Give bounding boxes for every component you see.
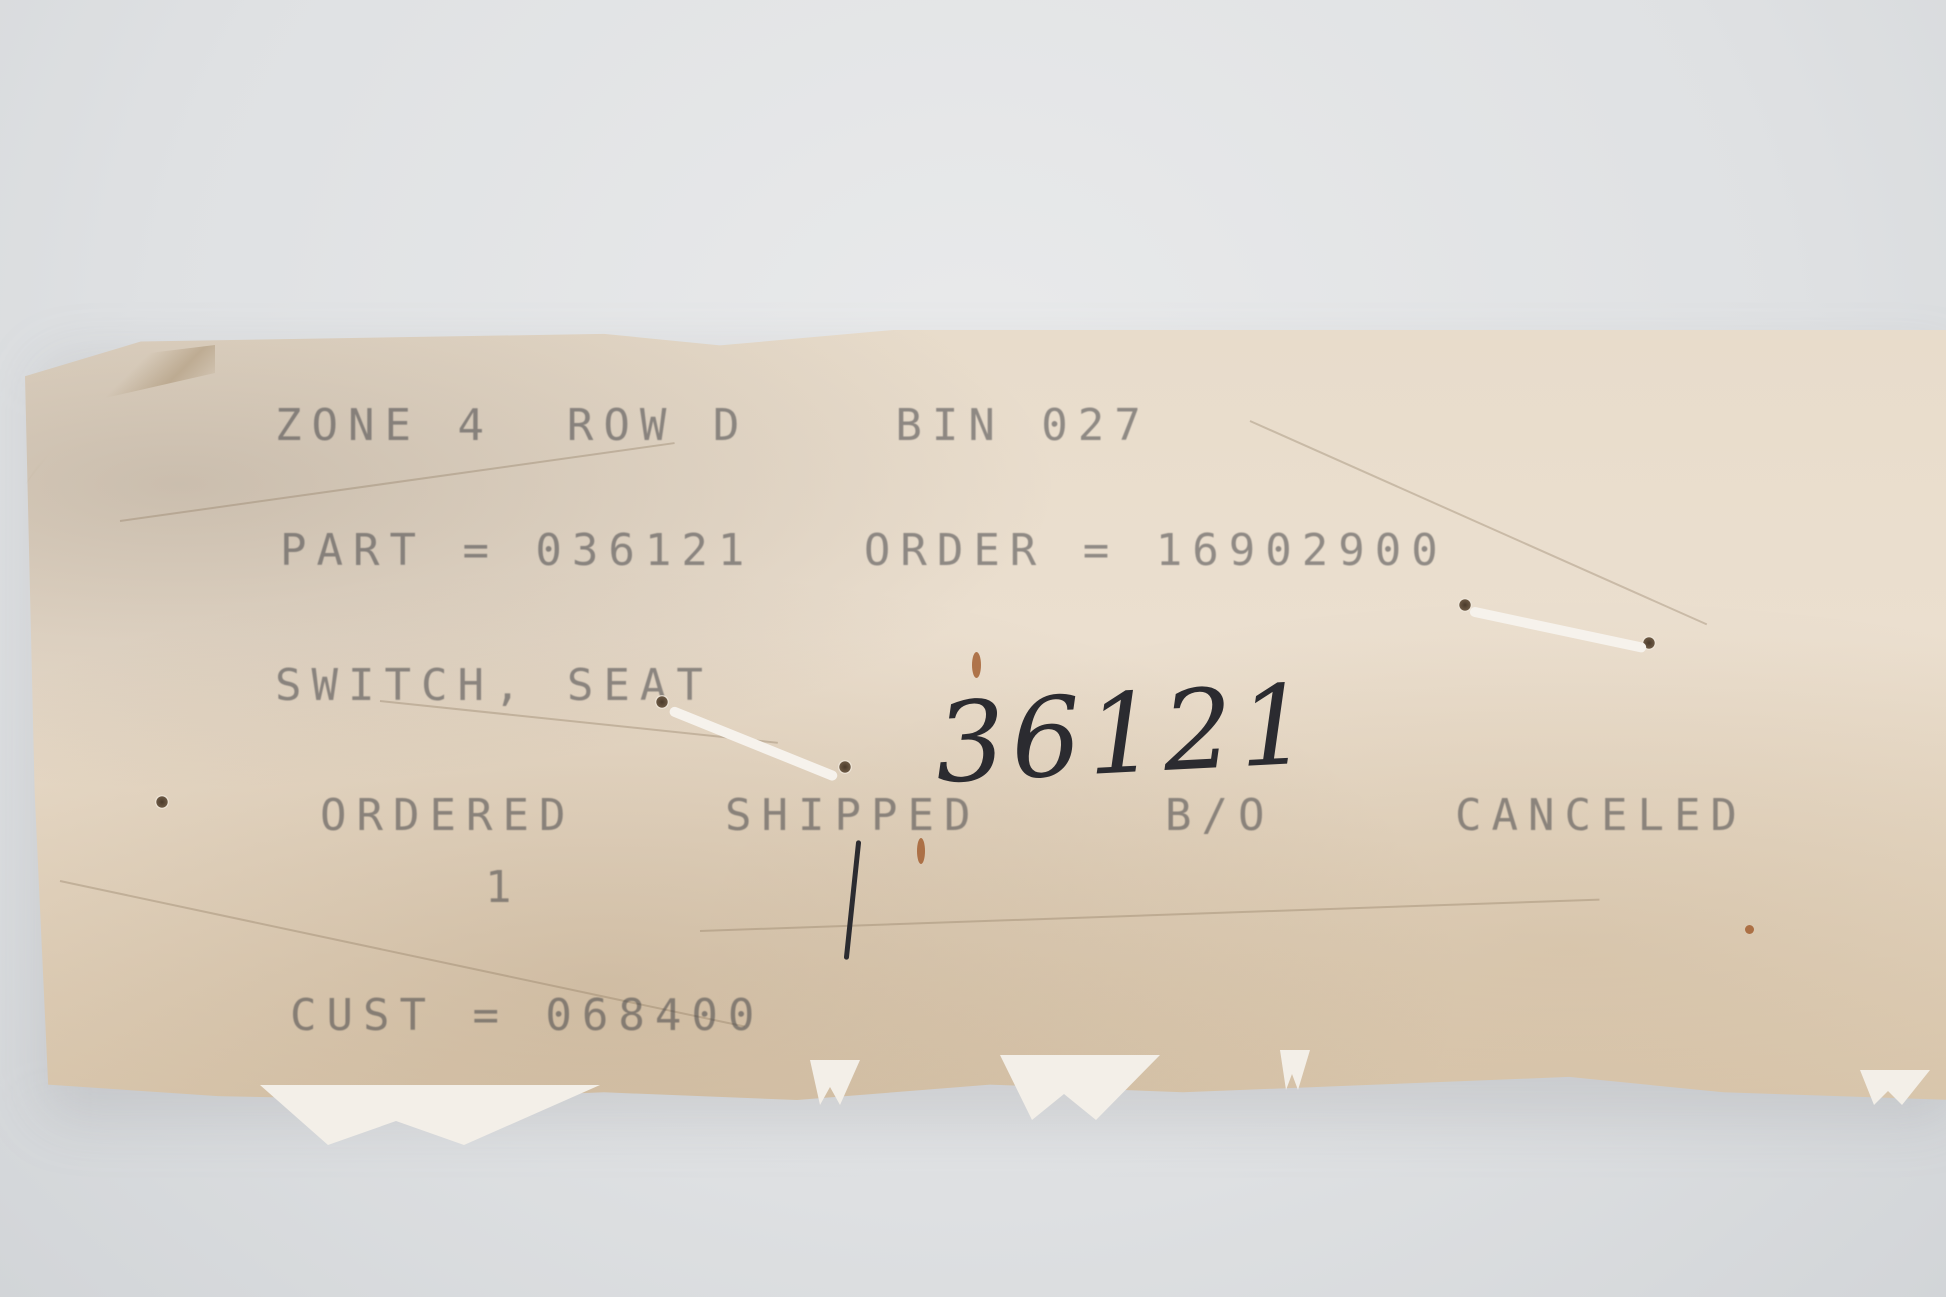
pin-hole: [838, 760, 852, 774]
description-line: SWITCH, SEAT: [275, 660, 713, 711]
part-order-line: PART = 036121 ORDER = 16902900: [280, 525, 1448, 576]
location-line: ZONE 4 ROW D BIN 027: [275, 400, 1151, 451]
photo-scene: ZONE 4 ROW D BIN 027 PART = 036121 ORDER…: [0, 0, 1946, 1297]
pin-hole: [155, 795, 169, 809]
rust-stain: [972, 652, 981, 678]
pin-hole: [655, 695, 669, 709]
rust-stain: [1745, 925, 1754, 934]
ordered-quantity: 1: [485, 862, 522, 913]
header-ordered: ORDERED: [320, 790, 575, 841]
handwritten-part-number: 36121: [932, 660, 1318, 808]
rust-stain: [917, 838, 925, 864]
customer-line: CUST = 068400: [290, 990, 764, 1041]
header-canceled: CANCELED: [1455, 790, 1747, 841]
header-backorder: B/O: [1165, 790, 1274, 841]
